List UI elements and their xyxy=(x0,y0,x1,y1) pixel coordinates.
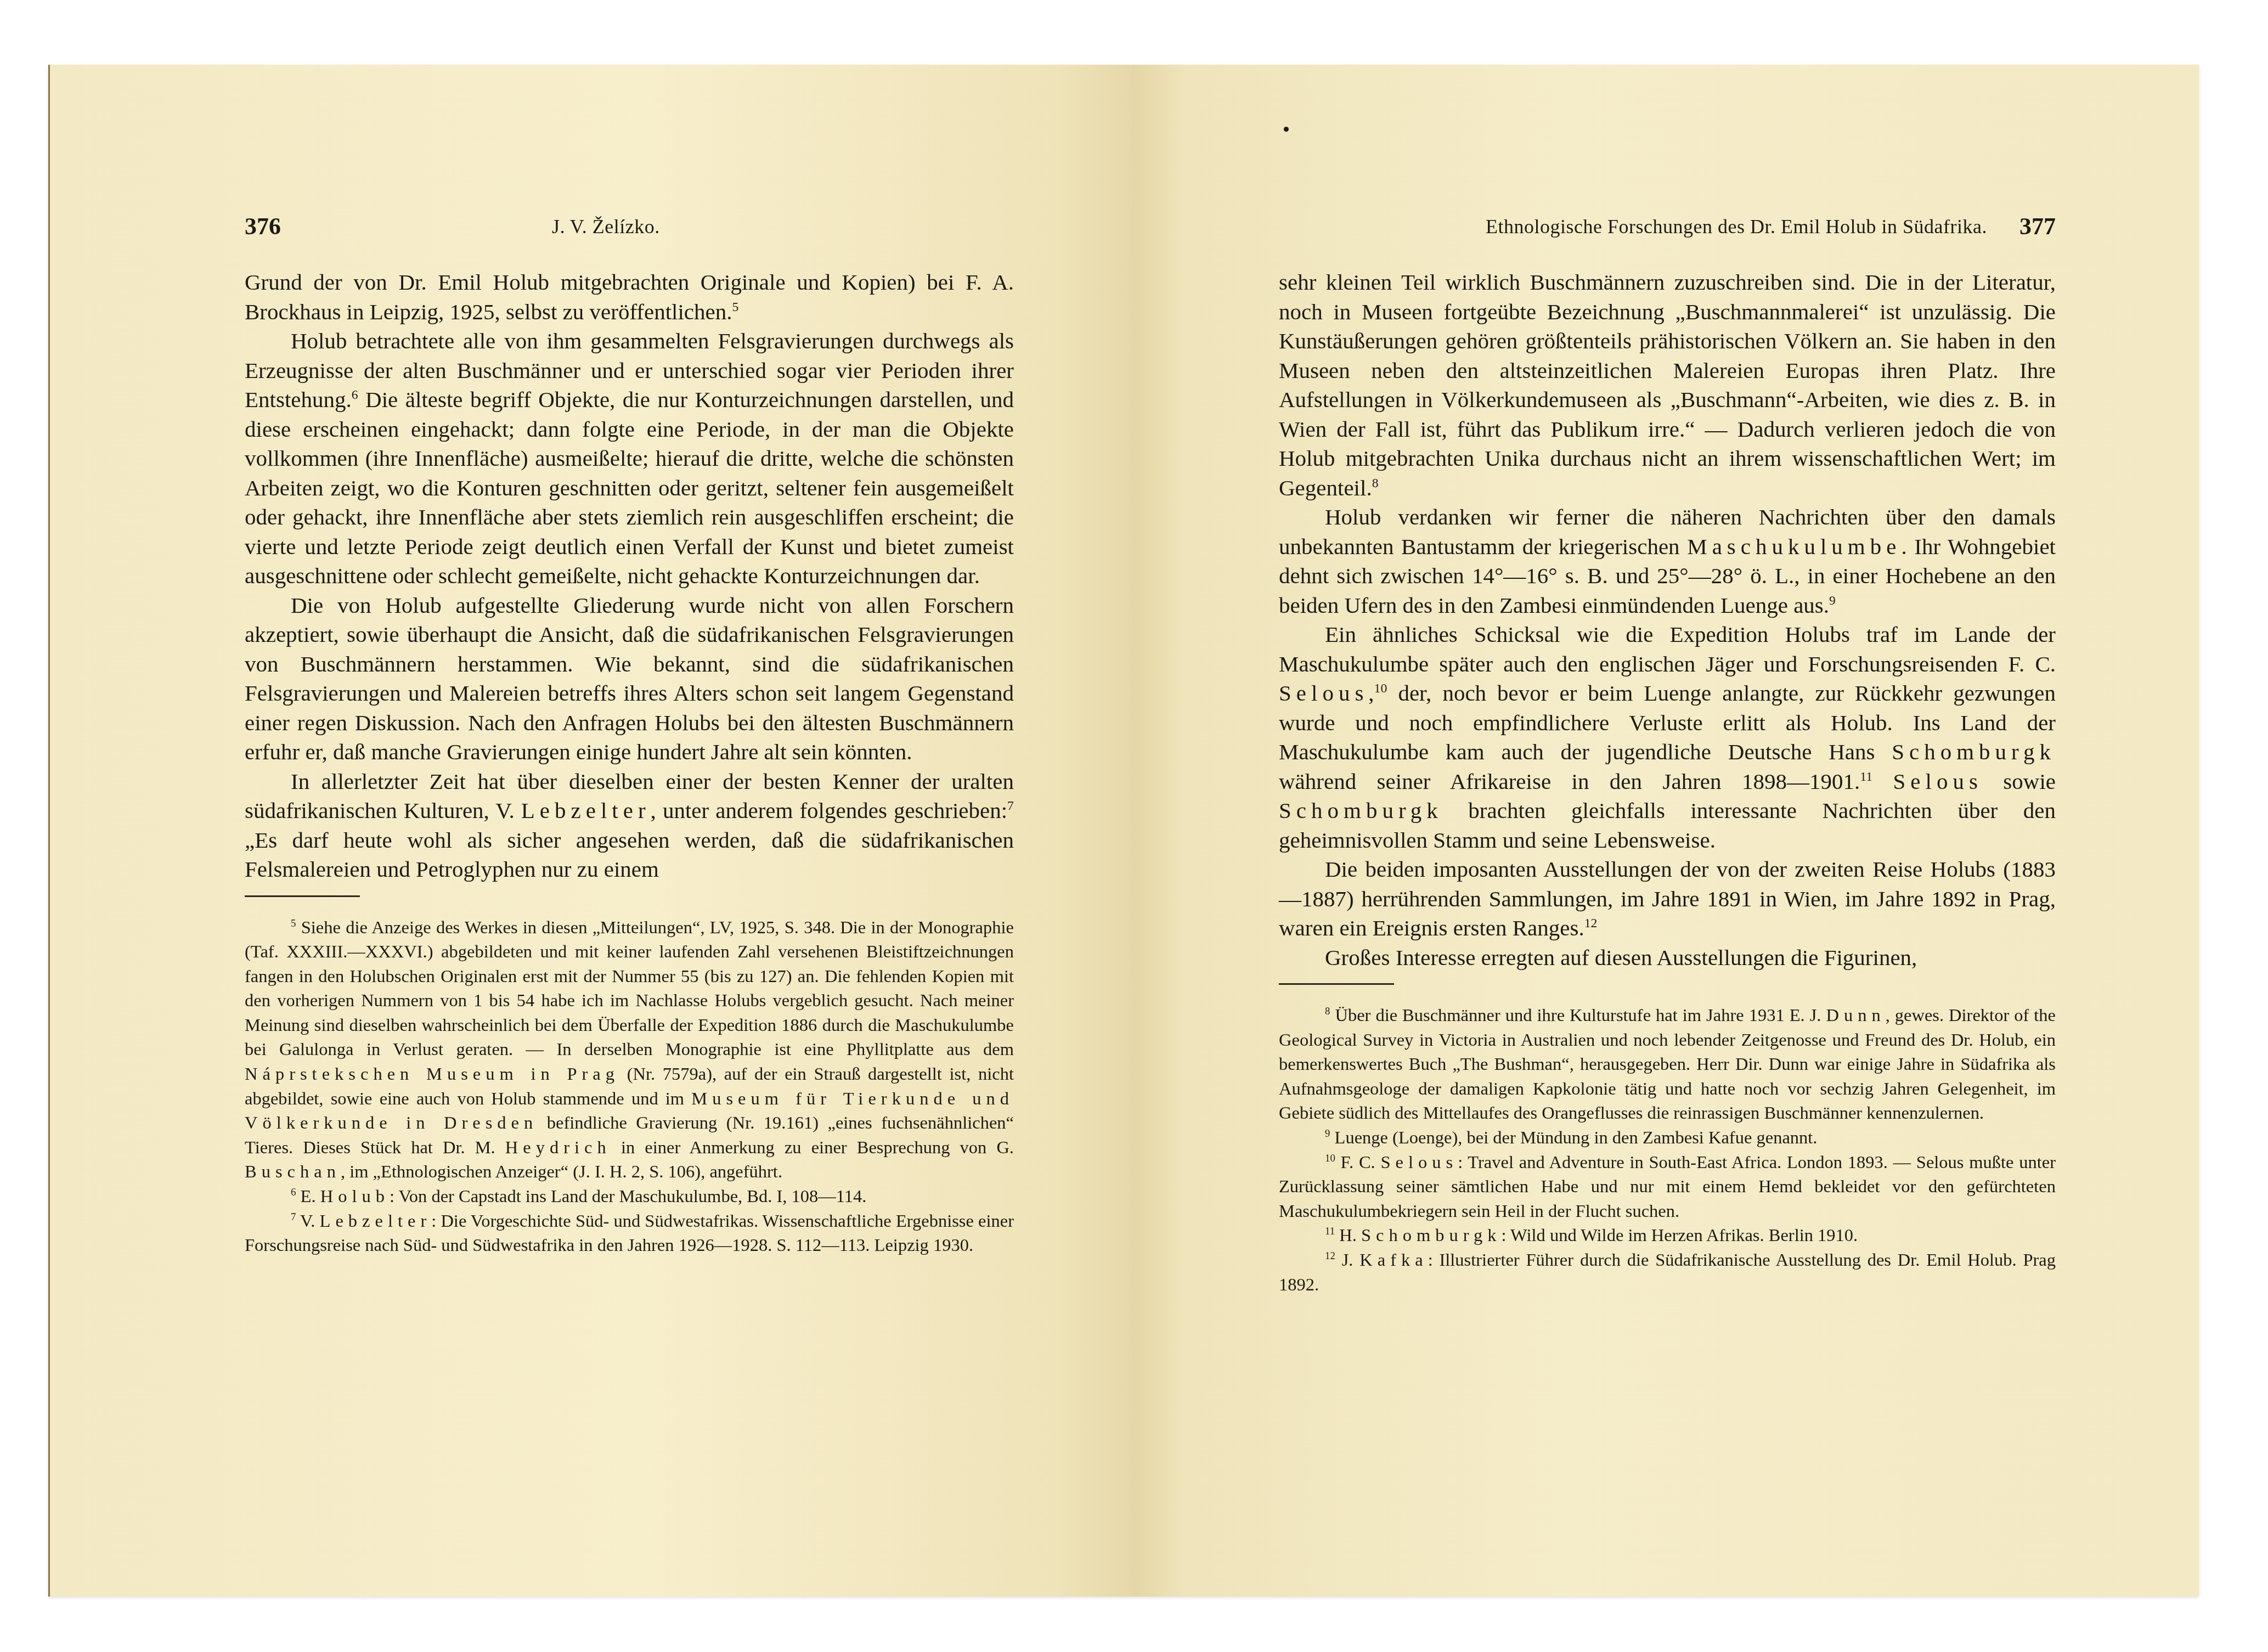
spaced-name: Holub xyxy=(320,1187,390,1206)
paragraph: Ein ähnliches Schicksal wie die Expediti… xyxy=(1279,620,2056,855)
footnote-rule xyxy=(1279,983,1394,985)
footnote-rule xyxy=(245,895,360,897)
footnote: 7 V. Lebzelter: Die Vorgeschichte Süd- u… xyxy=(245,1209,1014,1258)
paper-speck xyxy=(1284,127,1289,132)
spaced-name: Buschan xyxy=(245,1162,341,1182)
footnote-marker: 9 xyxy=(1325,1128,1330,1140)
running-head: Ethnologische Forschungen des Dr. Emil H… xyxy=(1283,210,2056,243)
footnote-marker: 8 xyxy=(1325,1006,1330,1017)
footnotes: 8 Über die Buschmänner und ihre Kulturst… xyxy=(1279,1003,2056,1297)
spaced-name: Selous xyxy=(1380,1153,1458,1172)
spaced-name: Selous xyxy=(1893,769,1983,794)
footnote: 11 H. Schomburgk: Wild und Wilde im Herz… xyxy=(1279,1224,2056,1248)
left-page: 376 J. V. Želízko. Grund der von Dr. Emi… xyxy=(48,65,1132,1597)
spaced-name: Museum für Tierkunde und Völkerkunde in … xyxy=(245,1089,1014,1134)
spaced-name: Schomburgk xyxy=(1361,1226,1502,1245)
footnote: 5 Siehe die Anzeige des Werkes in diesen… xyxy=(245,916,1014,1185)
page-number: 376 xyxy=(245,210,281,243)
footnote: 9 Luenge (Loenge), bei der Mündung in de… xyxy=(1279,1126,2056,1151)
spaced-name: Náprstekschen Museum in Prag xyxy=(245,1064,619,1084)
text-block: Grund der von Dr. Emil Holub mitgebracht… xyxy=(245,268,1014,1258)
spaced-name: Dunn xyxy=(1826,1006,1885,1025)
footnote-marker: 12 xyxy=(1584,916,1598,931)
body-text: Grund der von Dr. Emil Holub mitgebracht… xyxy=(245,268,1014,884)
paragraph: Holub betrachtete alle von ihm gesammelt… xyxy=(245,326,1014,591)
spaced-name: Schomburgk xyxy=(1279,798,1443,823)
footnote-marker: 10 xyxy=(1325,1153,1335,1164)
paragraph: sehr kleinen Teil wirklich Buschmännern … xyxy=(1279,268,2056,503)
paragraph: Die beiden imposanten Ausstellungen der … xyxy=(1279,855,2056,943)
footnote-marker: 5 xyxy=(291,918,296,929)
spaced-name: Heydrich xyxy=(505,1138,611,1158)
spaced-name: Lebzelter xyxy=(320,1211,432,1231)
book-spread: 376 J. V. Želízko. Grund der von Dr. Emi… xyxy=(48,65,2199,1597)
running-head-author: J. V. Želízko. xyxy=(552,210,660,243)
footnote-marker: 12 xyxy=(1325,1250,1335,1262)
footnote-marker: 6 xyxy=(352,388,358,402)
footnote: 10 F. C. Selous: Travel and Adventure in… xyxy=(1279,1151,2056,1224)
footnote: 8 Über die Buschmänner und ihre Kulturst… xyxy=(1279,1003,2056,1126)
paragraph: Holub verdanken wir ferner die näheren N… xyxy=(1279,503,2056,620)
paragraph: Großes Interesse erregten auf diesen Aus… xyxy=(1279,943,2056,973)
footnote-marker: 5 xyxy=(732,300,739,314)
page-number: 377 xyxy=(2019,210,2056,243)
right-page: Ethnologische Forschungen des Dr. Emil H… xyxy=(1132,65,2199,1597)
footnote-marker: 7 xyxy=(291,1211,296,1223)
spaced-name: Kafka xyxy=(1359,1250,1428,1270)
footnote-marker: 10 xyxy=(1374,681,1387,696)
spaced-name: Schomburgk xyxy=(1892,739,2056,764)
paragraph: In allerletzter Zeit hat über dieselben … xyxy=(245,767,1014,884)
text-block: sehr kleinen Teil wirklich Buschmännern … xyxy=(1279,268,2056,1297)
footnote-marker: 8 xyxy=(1372,476,1379,490)
footnote-marker: 7 xyxy=(1007,799,1014,813)
footnote: 12 J. Kafka: Illustrierter Führer durch … xyxy=(1279,1248,2056,1297)
body-text: sehr kleinen Teil wirklich Buschmännern … xyxy=(1279,268,2056,972)
footnote-marker: 6 xyxy=(291,1187,296,1198)
paragraph: Die von Holub aufgestellte Gliederung wu… xyxy=(245,591,1014,767)
paragraph: Grund der von Dr. Emil Holub mitgebracht… xyxy=(245,268,1014,326)
spaced-name: Maschukulumbe xyxy=(1687,534,1901,559)
footnotes: 5 Siehe die Anzeige des Werkes in diesen… xyxy=(245,916,1014,1258)
footnote-marker: 11 xyxy=(1325,1226,1335,1238)
footnote-marker: 9 xyxy=(1829,594,1836,608)
spaced-name: Lebzelter xyxy=(521,798,651,823)
footnote-marker: 11 xyxy=(1860,770,1872,784)
footnote: 6 E. Holub: Von der Capstadt ins Land de… xyxy=(245,1185,1014,1209)
spaced-name: Selous xyxy=(1279,680,1368,706)
running-head: 376 J. V. Želízko. xyxy=(245,210,1014,243)
running-head-title: Ethnologische Forschungen des Dr. Emil H… xyxy=(1486,210,1987,243)
